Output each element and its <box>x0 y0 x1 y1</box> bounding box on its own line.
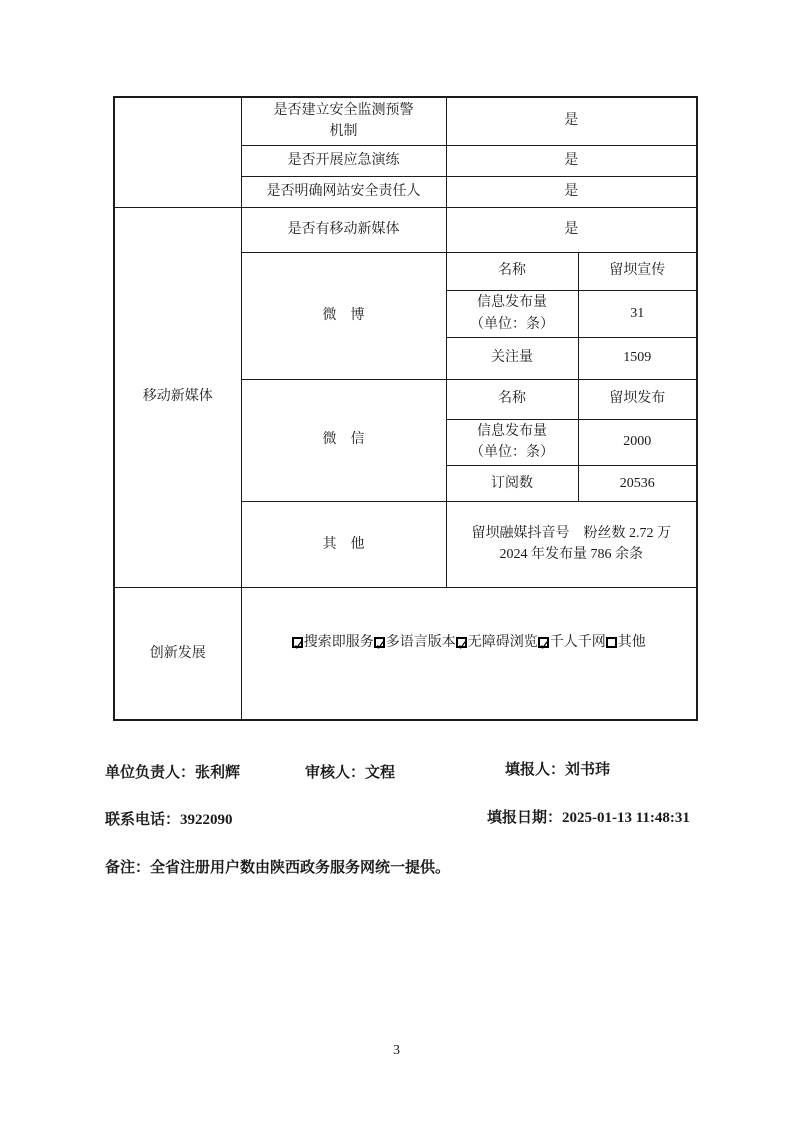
option-search-service: 搜索即服务 <box>292 632 374 654</box>
report-date: 填报日期：2025-01-13 11:48:31 <box>487 806 690 827</box>
wechat-subscribers-value: 20536 <box>578 465 697 501</box>
security-section-cell <box>114 97 241 207</box>
report-table: 是否建立安全监测预警 机制 是 是否开展应急演练 是 是否明确网站安全责任人 是… <box>113 96 698 721</box>
other-media-value: 留坝融媒抖音号 粉丝数 2.72 万 2024 年发布量 786 余条 <box>446 501 697 587</box>
wechat-name-value: 留坝发布 <box>578 379 697 419</box>
option-other: 其他 <box>606 632 646 654</box>
weibo-name-value: 留坝宣传 <box>578 252 697 290</box>
weibo-followers-value: 1509 <box>578 337 697 379</box>
checkbox-option-label: 无障碍浏览 <box>468 632 538 654</box>
question-monitoring-warning: 是否建立安全监测预警 机制 <box>241 97 446 145</box>
checkbox-option-label: 其他 <box>618 632 646 654</box>
checkbox-checked-icon[interactable] <box>374 637 385 648</box>
reviewer: 审核人：文程 <box>305 761 395 782</box>
weibo-followers-label: 关注量 <box>446 337 578 379</box>
question-security-officer: 是否明确网站安全责任人 <box>241 176 446 207</box>
checkbox-option-label: 千人千网 <box>550 632 606 654</box>
checkbox-option-label: 搜索即服务 <box>304 632 374 654</box>
answer-emergency-drill: 是 <box>446 145 697 176</box>
weibo-label: 微 博 <box>241 252 446 379</box>
checkbox-checked-icon[interactable] <box>292 637 303 648</box>
note: 备注：全省注册用户数由陕西政务服务网统一提供。 <box>105 856 450 877</box>
checkbox-option-label: 多语言版本 <box>386 632 456 654</box>
other-media-label: 其 他 <box>241 501 446 587</box>
option-accessibility: 无障碍浏览 <box>456 632 538 654</box>
innovation-options-cell: 搜索即服务 多语言版本 无障碍浏览 千人千网 其他 <box>241 587 697 720</box>
answer-security-officer: 是 <box>446 176 697 207</box>
answer-monitoring-warning: 是 <box>446 97 697 145</box>
wechat-posts-label: 信息发布量 （单位：条） <box>446 419 578 465</box>
weibo-posts-label: 信息发布量 （单位：条） <box>446 290 578 337</box>
checkbox-checked-icon[interactable] <box>538 637 549 648</box>
weibo-name-label: 名称 <box>446 252 578 290</box>
innovation-options: 搜索即服务 多语言版本 无障碍浏览 千人千网 其他 <box>246 632 693 654</box>
option-personalized-web: 千人千网 <box>538 632 606 654</box>
wechat-posts-value: 2000 <box>578 419 697 465</box>
question-emergency-drill: 是否开展应急演练 <box>241 145 446 176</box>
document-page: 是否建立安全监测预警 机制 是 是否开展应急演练 是 是否明确网站安全责任人 是… <box>0 0 793 1122</box>
section-label-mobile-media: 移动新媒体 <box>114 207 241 587</box>
question-has-mobile-media: 是否有移动新媒体 <box>241 207 446 252</box>
checkbox-checked-icon[interactable] <box>456 637 467 648</box>
wechat-name-label: 名称 <box>446 379 578 419</box>
answer-has-mobile-media: 是 <box>446 207 697 252</box>
page-number: 3 <box>0 1043 793 1059</box>
wechat-label: 微 信 <box>241 379 446 501</box>
contact-phone: 联系电话：3922090 <box>105 808 233 829</box>
unit-head: 单位负责人：张利辉 <box>105 761 240 782</box>
option-multilingual: 多语言版本 <box>374 632 456 654</box>
wechat-subscribers-label: 订阅数 <box>446 465 578 501</box>
section-label-innovation: 创新发展 <box>114 587 241 720</box>
weibo-posts-value: 31 <box>578 290 697 337</box>
checkbox-unchecked-icon[interactable] <box>606 637 617 648</box>
filler: 填报人：刘书玮 <box>505 758 610 779</box>
